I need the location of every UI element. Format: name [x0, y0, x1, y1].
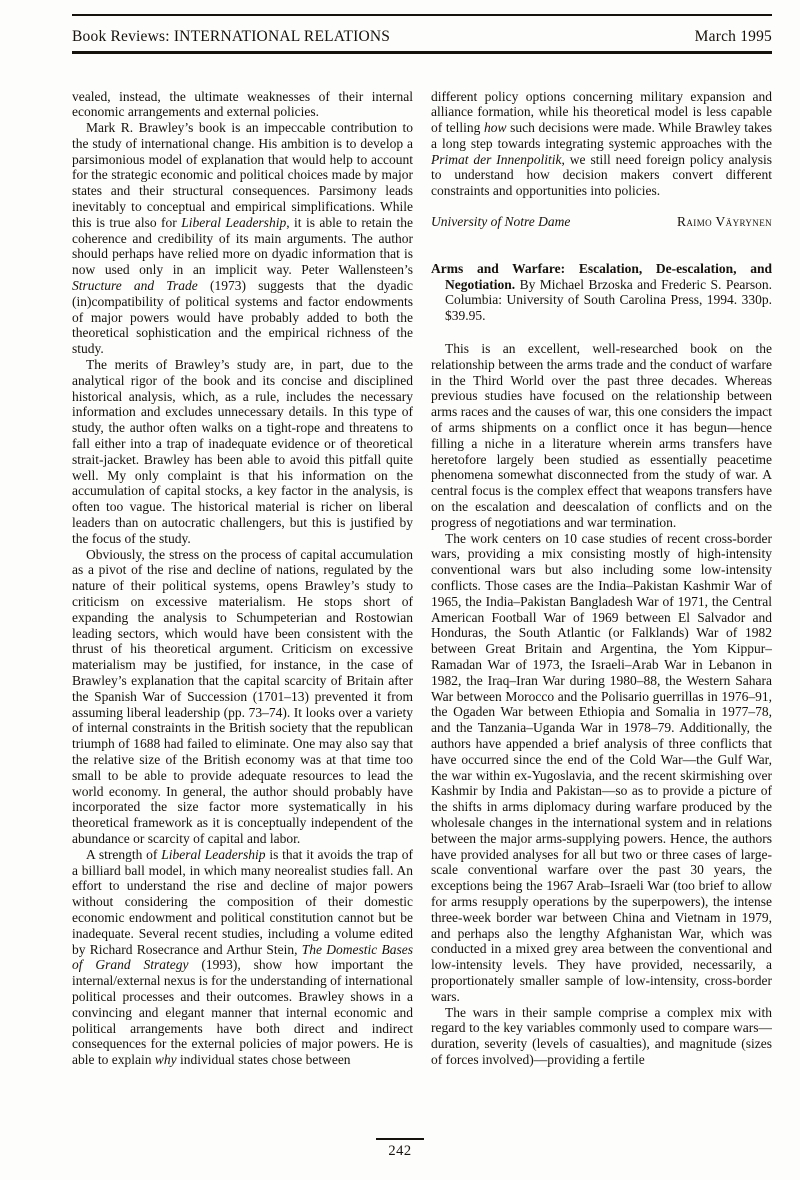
reviewer-affiliation: University of Notre Dame	[431, 214, 570, 230]
journal-page: Book Reviews: INTERNATIONAL RELATIONS Ma…	[0, 0, 800, 1180]
text-run: The merits of Brawley’s study are, in pa…	[72, 357, 413, 546]
text-run: individual states chose between	[177, 1052, 351, 1067]
text-run: This is an excellent, well-researched bo…	[431, 341, 772, 530]
review-2-heading-block: Arms and Warfare: Escalation, De-escalat…	[431, 261, 772, 324]
reviewer-name: Raimo Väyrynen	[677, 214, 772, 230]
right-column: different policy options concerning mili…	[431, 89, 772, 1139]
review-1-paragraph: The merits of Brawley’s study are, in pa…	[72, 357, 413, 547]
text-run: Structure and Trade	[72, 278, 198, 293]
review-2-heading: Arms and Warfare: Escalation, De-escalat…	[431, 261, 772, 324]
text-run: The work centers on 10 case studies of r…	[431, 531, 772, 1004]
review-1-paragraph: A strength of Liberal Leadership is that…	[72, 847, 413, 1068]
page-content: Book Reviews: INTERNATIONAL RELATIONS Ma…	[72, 0, 772, 1139]
text-run: how	[484, 120, 507, 135]
header-top-rule	[72, 14, 772, 16]
review-attribution: University of Notre Dame Raimo Väyrynen	[431, 214, 772, 230]
review-2-paragraph: The work centers on 10 case studies of r…	[431, 531, 772, 1005]
text-run: vealed, instead, the ultimate weaknesses…	[72, 89, 413, 120]
footer-rule	[376, 1138, 424, 1140]
review-1-closing-paragraph: different policy options concerning mili…	[431, 89, 772, 200]
text-run: Liberal Leadership	[161, 847, 265, 862]
header-bottom-rule	[72, 51, 772, 54]
page-number: 242	[0, 1143, 800, 1160]
text-run: Primat der Innenpolitik	[431, 152, 562, 167]
review-2-paragraph: This is an excellent, well-researched bo…	[431, 341, 772, 531]
review-1-continuation-paragraph: vealed, instead, the ultimate weaknesses…	[72, 89, 413, 121]
text-run: (1993), show how important the internal/…	[72, 957, 413, 1067]
issue-date: March 1995	[695, 28, 772, 46]
two-column-text: vealed, instead, the ultimate weaknesses…	[72, 89, 772, 1139]
left-column: vealed, instead, the ultimate weaknesses…	[72, 89, 413, 1139]
review-1-paragraph: Mark R. Brawley’s book is an impeccable …	[72, 120, 413, 357]
text-run: Obviously, the stress on the process of …	[72, 547, 413, 846]
text-run: Liberal Leadership	[181, 215, 286, 230]
review-2-body: This is an excellent, well-researched bo…	[431, 341, 772, 1068]
review-1-paragraph: Obviously, the stress on the process of …	[72, 547, 413, 847]
page-header: Book Reviews: INTERNATIONAL RELATIONS Ma…	[72, 28, 772, 46]
review-2-paragraph: The wars in their sample comprise a comp…	[431, 1005, 772, 1068]
page-footer: 242	[0, 1138, 800, 1160]
journal-section-title: Book Reviews: INTERNATIONAL RELATIONS	[72, 28, 390, 46]
text-run: Mark R. Brawley’s book is an impeccable …	[72, 120, 413, 230]
text-run: A strength of	[86, 847, 161, 862]
text-run: The wars in their sample comprise a comp…	[431, 1005, 772, 1067]
review-1-end: different policy options concerning mili…	[431, 89, 772, 200]
text-run: is that it avoids the trap of a billiard…	[72, 847, 413, 957]
text-run: why	[155, 1052, 177, 1067]
